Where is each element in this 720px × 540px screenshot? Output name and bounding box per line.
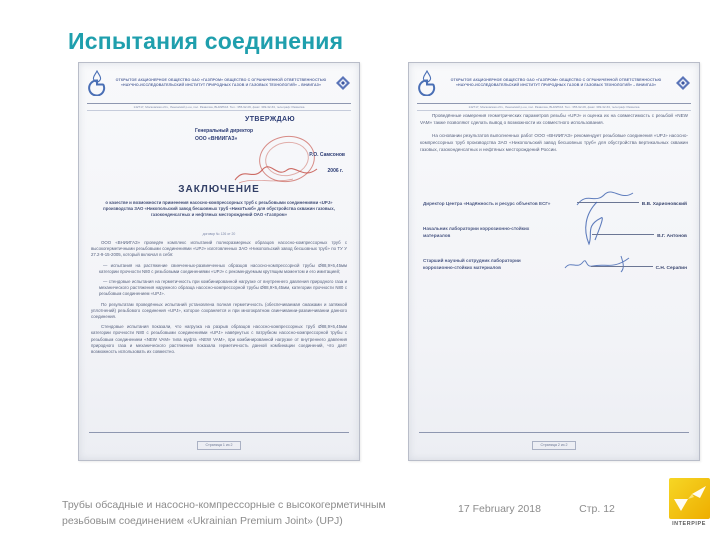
- approve-year: 2006 г.: [328, 168, 343, 174]
- signer-role: Старший научный сотрудник лаборатории ко…: [423, 258, 551, 271]
- gazprom-flame-icon: [417, 70, 437, 96]
- signer-name-line: В.В. Харионовский: [557, 202, 687, 207]
- approver-name: Р.О. Самсонов: [309, 152, 345, 158]
- interpipe-logo-icon: [669, 478, 710, 519]
- doc1-page-label: Страница 1 из 2: [197, 441, 242, 450]
- gazprom-flame-icon: [87, 70, 107, 96]
- doc2-address-line: 142717, Московская обл., Ленинский р-он,…: [417, 103, 691, 111]
- signer-name: С.Н. Серапин: [656, 266, 687, 271]
- doc1-title: ЗАКЛЮЧЕНИЕ: [79, 184, 359, 195]
- footer-subject-line1: Трубы обсадные и насосно-компрессорные с…: [62, 497, 452, 513]
- approve-label: УТВЕРЖДАЮ: [195, 116, 345, 123]
- footer-date: 17 February 2018: [437, 503, 562, 515]
- signer-name-line: С.Н. Серапин: [557, 266, 687, 271]
- doc2-body: Проведённые измерения геометрических пар…: [420, 112, 688, 159]
- interpipe-logo-label: INTERPIPE: [667, 521, 711, 527]
- signature-row: Начальник лаборатории коррозионно-стойки…: [423, 226, 687, 239]
- doc1-body: ООО «ВНИИГАЗ» проведён комплекс испытани…: [91, 240, 347, 359]
- blue-signature-icon: [575, 200, 609, 248]
- vniigaz-emblem-icon: [335, 75, 351, 91]
- signature-row: Старший научный сотрудник лаборатории ко…: [423, 258, 687, 271]
- approval-block: УТВЕРЖДАЮ Генеральный директор ООО «ВНИИ…: [195, 116, 345, 143]
- doc2-page-number: Страница 2 из 2: [409, 433, 699, 451]
- red-signature-icon: [233, 160, 329, 186]
- signature-section: Директор Центра «Надёжность и ресурс объ…: [423, 201, 687, 290]
- page-title: Испытания соединения: [68, 28, 343, 55]
- doc1-paragraph: По результатам проведённых испытаний уст…: [91, 302, 347, 321]
- signature-rule: [592, 234, 654, 235]
- doc1-paragraph: ООО «ВНИИГАЗ» проведён комплекс испытани…: [91, 240, 347, 259]
- signer-name: В.В. Харионовский: [642, 202, 687, 207]
- vniigaz-emblem-icon: [675, 75, 691, 91]
- scanned-document-page1: ОТКРЫТОЕ АКЦИОНЕРНОЕ ОБЩЕСТВО ОАО «ГАЗПР…: [78, 62, 360, 461]
- signature-row: Директор Центра «Надёжность и ресурс объ…: [423, 201, 687, 207]
- doc1-header: ОТКРЫТОЕ АКЦИОНЕРНОЕ ОБЩЕСТВО ОАО «ГАЗПР…: [87, 70, 351, 96]
- doc1-org-name: ОТКРЫТОЕ АКЦИОНЕРНОЕ ОБЩЕСТВО ОАО «ГАЗПР…: [111, 78, 331, 88]
- signer-role: Начальник лаборатории коррозионно-стойки…: [423, 226, 551, 239]
- signer-name: В.Г. Антонов: [657, 234, 687, 239]
- doc2-page-label: Страница 2 из 2: [532, 441, 577, 450]
- doc2-paragraph: Проведённые измерения геометрических пар…: [420, 112, 688, 126]
- doc1-paragraph: Стендовые испытания показали, что нагруз…: [91, 324, 347, 355]
- doc2-org-name: ОТКРЫТОЕ АКЦИОНЕРНОЕ ОБЩЕСТВО ОАО «ГАЗПР…: [441, 78, 671, 88]
- doc1-bullet: — испытания на растяжение свинченных-раз…: [91, 263, 347, 275]
- doc2-header: ОТКРЫТОЕ АКЦИОНЕРНОЕ ОБЩЕСТВО ОАО «ГАЗПР…: [417, 70, 691, 96]
- doc1-subtitle: о качестве и возможности применения насо…: [95, 200, 343, 218]
- doc1-contract-ref: договор № 126 от 20: [79, 232, 359, 236]
- signer-name-line: В.Г. Антонов: [557, 234, 687, 239]
- signature-rule: [591, 266, 653, 267]
- footer-page-number: Стр. 12: [567, 503, 627, 515]
- scanned-document-page2: ОТКРЫТОЕ АКЦИОНЕРНОЕ ОБЩЕСТВО ОАО «ГАЗПР…: [408, 62, 700, 461]
- signer-role: Директор Центра «Надёжность и ресурс объ…: [423, 201, 551, 207]
- interpipe-logo: INTERPIPE: [667, 478, 711, 527]
- doc1-address-line: 142717, Московская обл., Ленинский р-он,…: [87, 103, 351, 111]
- doc1-page-number: Страница 1 из 2: [79, 433, 359, 451]
- footer-subject: Трубы обсадные и насосно-компрессорные с…: [62, 497, 452, 529]
- signature-rule: [577, 202, 639, 203]
- doc2-paragraph: На основании результатов выполненных раб…: [420, 132, 688, 153]
- doc1-bullet: — стендовые испытания на герметичность п…: [91, 279, 347, 298]
- footer-subject-line2: резьбовым соединением «Ukrainian Premium…: [62, 513, 452, 529]
- approver-role: Генеральный директор: [195, 128, 345, 136]
- presentation-slide: Испытания соединения ОТКРЫТОЕ АКЦИОНЕРНО…: [0, 0, 720, 540]
